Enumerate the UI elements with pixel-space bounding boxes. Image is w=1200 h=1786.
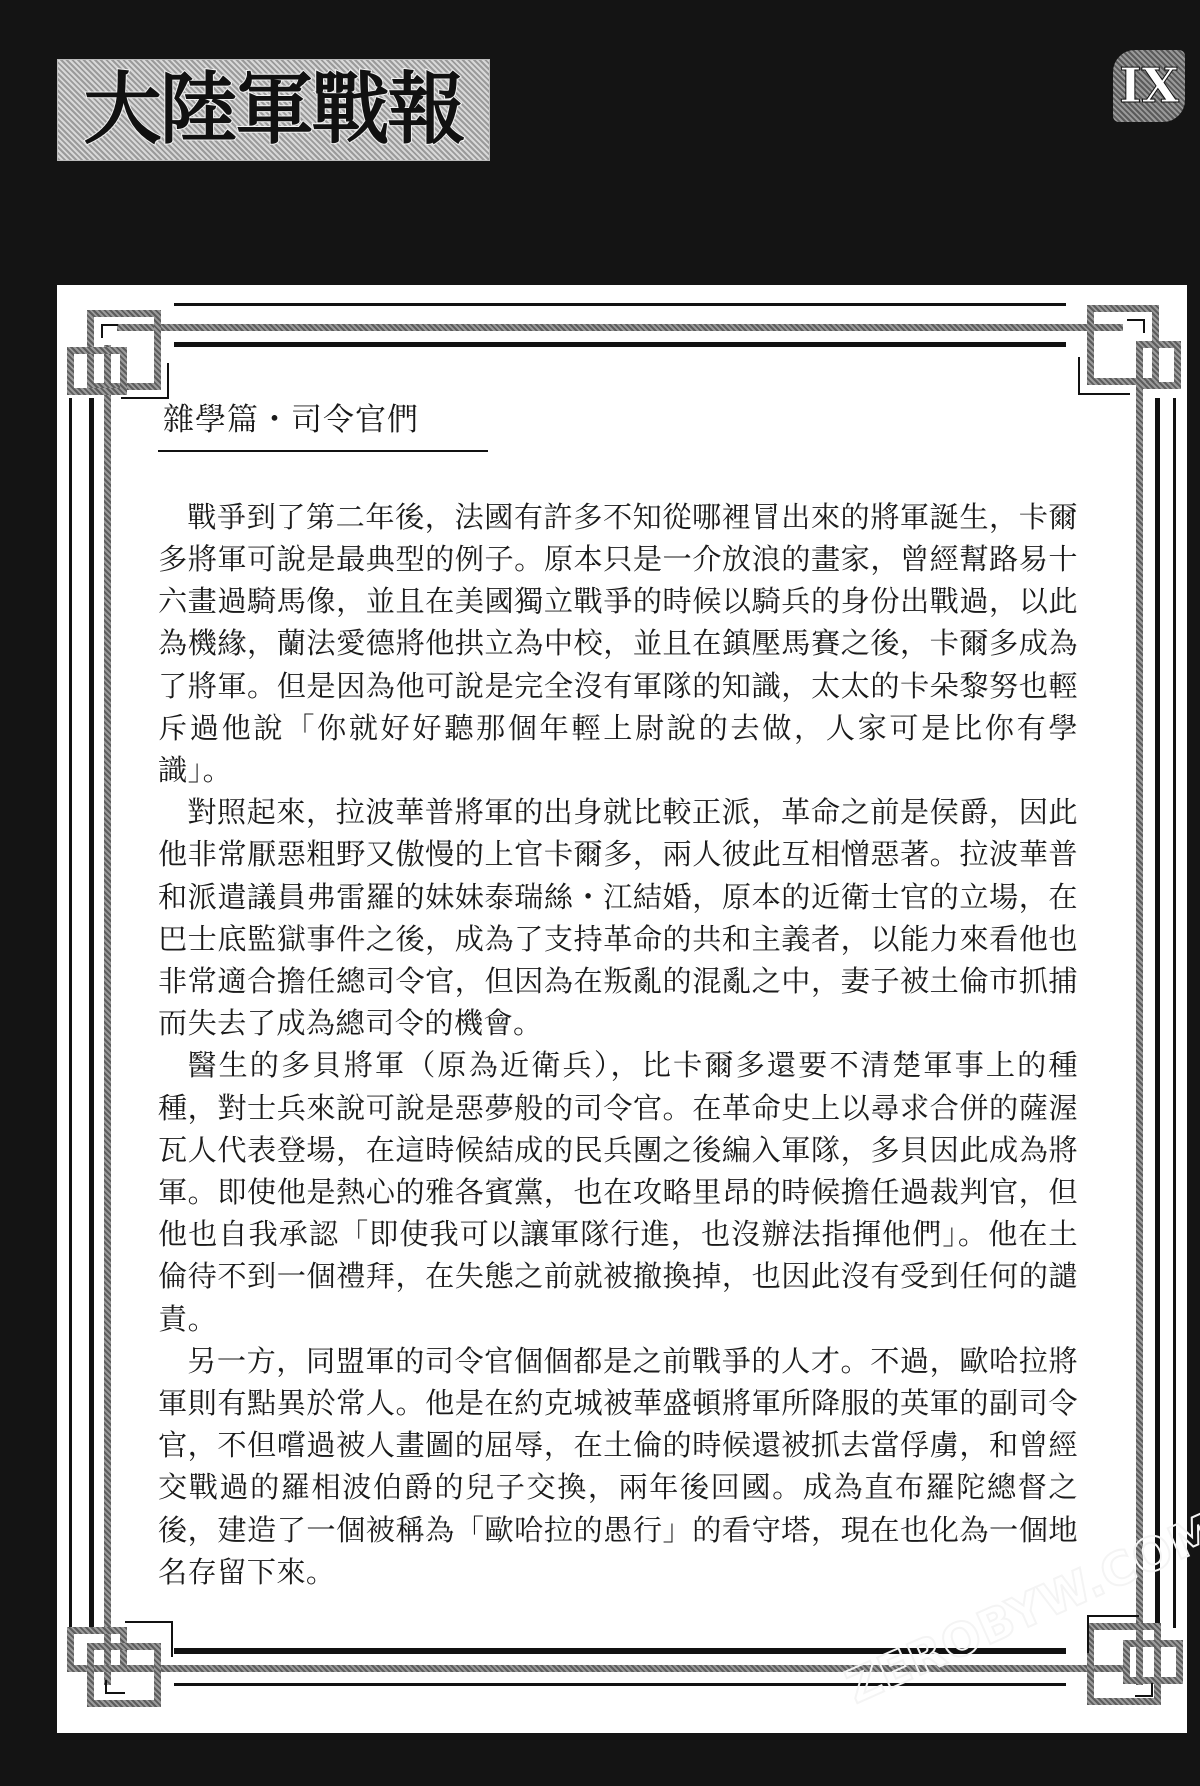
article-paragraph: 戰爭到了第二年後，法國有許多不知從哪裡冒出來的將軍誕生，卡爾多將軍可說是最典型的… <box>158 496 1078 791</box>
corner-tick-bottom-left <box>105 1680 125 1694</box>
corner-ornament-top-left-inner <box>67 347 127 395</box>
frame-line-left-thin <box>69 398 72 1628</box>
article-content: 雜學篇・司令官們 戰爭到了第二年後，法國有許多不知從哪裡冒出來的將軍誕生，卡爾多… <box>158 395 1078 1593</box>
corner-tick-top-left-outer <box>121 363 169 399</box>
corner-tick-bottom-left-outer <box>125 1621 173 1657</box>
article-body: 戰爭到了第二年後，法國有許多不知從哪裡冒出來的將軍誕生，卡爾多將軍可說是最典型的… <box>158 496 1078 1593</box>
frame-line-right-hatch <box>1136 345 1143 1685</box>
masthead-banner: 大陸軍戰報 <box>57 59 490 161</box>
corner-tick-bottom-right-outer <box>1087 1615 1139 1653</box>
article-paragraph: 另一方，同盟軍的司令官個個都是之前戰爭的人才。不過，歐哈拉將軍則有點異於常人。他… <box>158 1340 1078 1593</box>
corner-tick-top-right <box>1127 319 1145 333</box>
corner-tick-bottom-right <box>1135 1683 1153 1697</box>
frame-line-bottom-hatch <box>117 1665 1123 1672</box>
frame-line-top-thin <box>174 303 1066 306</box>
frame-line-top-thick <box>174 342 1066 347</box>
volume-badge: IX <box>1113 50 1185 122</box>
frame-line-left-thick <box>89 398 94 1628</box>
frame-line-top-hatch <box>117 324 1123 331</box>
article-paragraph: 對照起來，拉波華普將軍的出身就比較正派，革命之前是侯爵，因此他非常厭惡粗野又傲慢… <box>158 791 1078 1044</box>
masthead-title: 大陸軍戰報 <box>83 71 463 149</box>
corner-tick-top-left <box>101 324 118 338</box>
volume-numeral: IX <box>1119 62 1179 110</box>
frame-line-bottom-thin <box>174 1683 1066 1686</box>
frame-line-right-thin <box>1173 398 1176 1628</box>
corner-tick-top-right-outer <box>1078 357 1130 395</box>
frame-line-left-hatch <box>104 345 111 1685</box>
corner-ornament-top-right-inner <box>1136 341 1181 389</box>
frame-line-right-thick <box>1155 398 1160 1628</box>
section-title: 雜學篇・司令官們 <box>158 395 488 452</box>
article-paragraph: 醫生的多貝將軍（原為近衛兵），比卡爾多還要不清楚軍事上的種種，對士兵來說可說是惡… <box>158 1044 1078 1339</box>
